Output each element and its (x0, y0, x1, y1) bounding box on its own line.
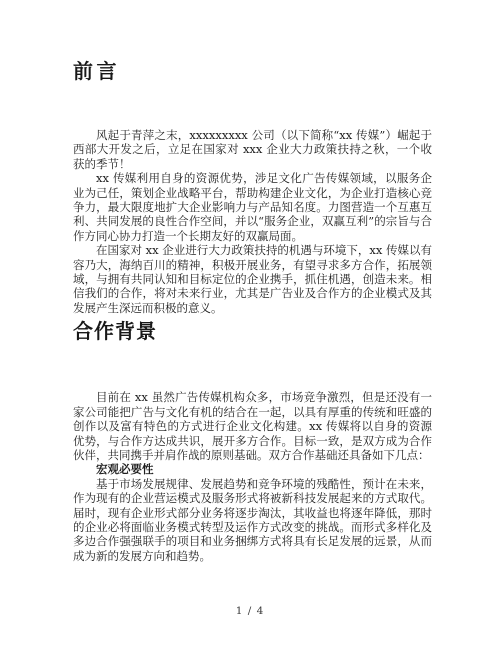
preface-paragraph-2: xx 传媒利用自身的资源优势，涉足文化广告传媒领域，以服务企业为己任，策划企业战… (73, 171, 432, 243)
background-intro-paragraph: 目前在 xx 虽然广告传媒机构众多，市场竞争激烈，但是还没有一家公司能把广告与文… (73, 390, 432, 462)
heading-background: 合作背景 (73, 321, 432, 341)
heading-preface: 前言 (73, 61, 432, 81)
page-number: 1 / 4 (0, 605, 500, 617)
preface-paragraph-1: 风起于青萍之末，xxxxxxxxx 公司（以下简称“xx 传媒”）崛起于西部大开… (73, 128, 432, 171)
background-macro-paragraph: 基于市场发展规律、发展趋势和竞争环境的残酷性，预计在未来，作为现有的企业营运模式… (73, 477, 432, 563)
document-content: 前言 风起于青萍之末，xxxxxxxxx 公司（以下简称“xx 传媒”）崛起于西… (73, 0, 432, 563)
preface-paragraph-3: 在国家对 xx 企业进行大力政策扶持的机遇与环境下，xx 传媒以有容乃大，海纳百… (73, 243, 432, 315)
document-page: 前言 风起于青萍之末，xxxxxxxxx 公司（以下简称“xx 传媒”）崛起于西… (0, 0, 500, 647)
background-subheading: 宏观必要性 (73, 462, 432, 476)
